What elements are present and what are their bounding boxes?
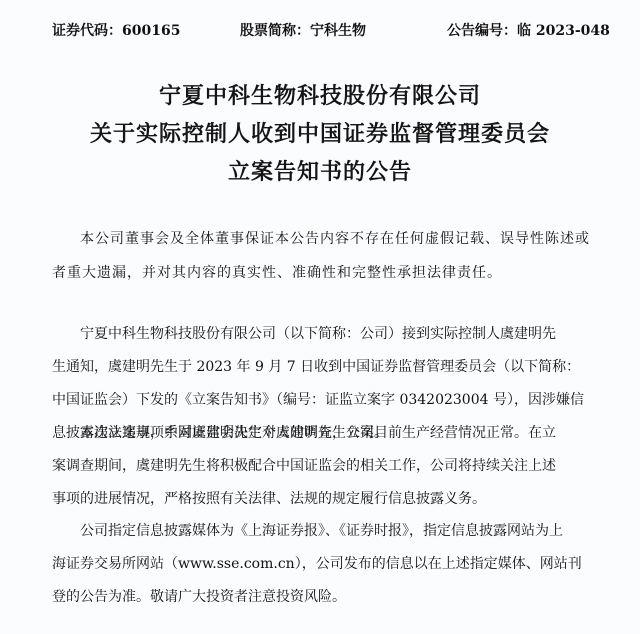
statement-line: 者重大遗漏，并对其内容的真实性、准确性和完整性承担法律责任。 xyxy=(52,256,592,290)
paragraph-line: 登的公告为准。敬请广大投资者注意投资风险。 xyxy=(52,581,592,614)
paragraph-line: 宁夏中科生物科技股份有限公司（以下简称：公司）接到实际控制人虞建明先 xyxy=(52,318,592,351)
paragraph-line: 公司指定信息披露媒体为《上海证券报》、《证券时报》，指定信息披露网站为上 xyxy=(52,515,592,548)
statement-line: 本公司董事会及全体董事保证本公告内容不存在任何虚假记载、误导性陈述或 xyxy=(52,222,592,256)
announcement-header: 证券代码：600165 股票简称：宁科生物 公告编号：临 2023-048 xyxy=(0,20,640,44)
security-abbreviation: 股票简称：宁科生物 xyxy=(240,20,366,40)
body-paragraph-investigation: 本次立案事项系对虞建明先生个人的调查，公司目前生产经营情况正常。在立 案调查期间… xyxy=(52,417,592,516)
title-subject-line: 关于实际控制人收到中国证券监督管理委员会 xyxy=(0,116,640,154)
paragraph-line: 生通知，虞建明先生于 2023 年 9 月 7 日收到中国证券监督管理委员会（以… xyxy=(52,351,592,384)
board-statement: 本公司董事会及全体董事保证本公告内容不存在任何虚假记载、误导性陈述或 者重大遗漏… xyxy=(52,222,592,290)
announcement-number: 公告编号：临 2023-048 xyxy=(447,20,610,40)
paragraph-line: 案调查期间，虞建明先生将积极配合中国证监会的相关工作，公司将持续关注上述 xyxy=(52,450,592,483)
body-paragraph-disclosure-media: 公司指定信息披露媒体为《上海证券报》、《证券时报》，指定信息披露网站为上 海证券… xyxy=(52,515,592,614)
paragraph-line: 中国证监会）下发的《立案告知书》（编号：证监立案字 0342023004 号），… xyxy=(52,384,592,417)
paragraph-line: 本次立案事项系对虞建明先生个人的调查，公司目前生产经营情况正常。在立 xyxy=(52,417,592,450)
paragraph-line: 海证券交易所网站（www.sse.com.cn），公司发布的信息以在上述指定媒体… xyxy=(52,548,592,581)
document-title: 宁夏中科生物科技股份有限公司 关于实际控制人收到中国证券监督管理委员会 立案告知… xyxy=(0,78,640,192)
security-code: 证券代码：600165 xyxy=(52,20,180,40)
title-subject-line-2: 立案告知书的公告 xyxy=(0,154,640,192)
paragraph-line: 事项的进展情况，严格按照有关法律、法规的规定履行信息披露义务。 xyxy=(52,483,592,516)
title-company-name: 宁夏中科生物科技股份有限公司 xyxy=(0,78,640,116)
